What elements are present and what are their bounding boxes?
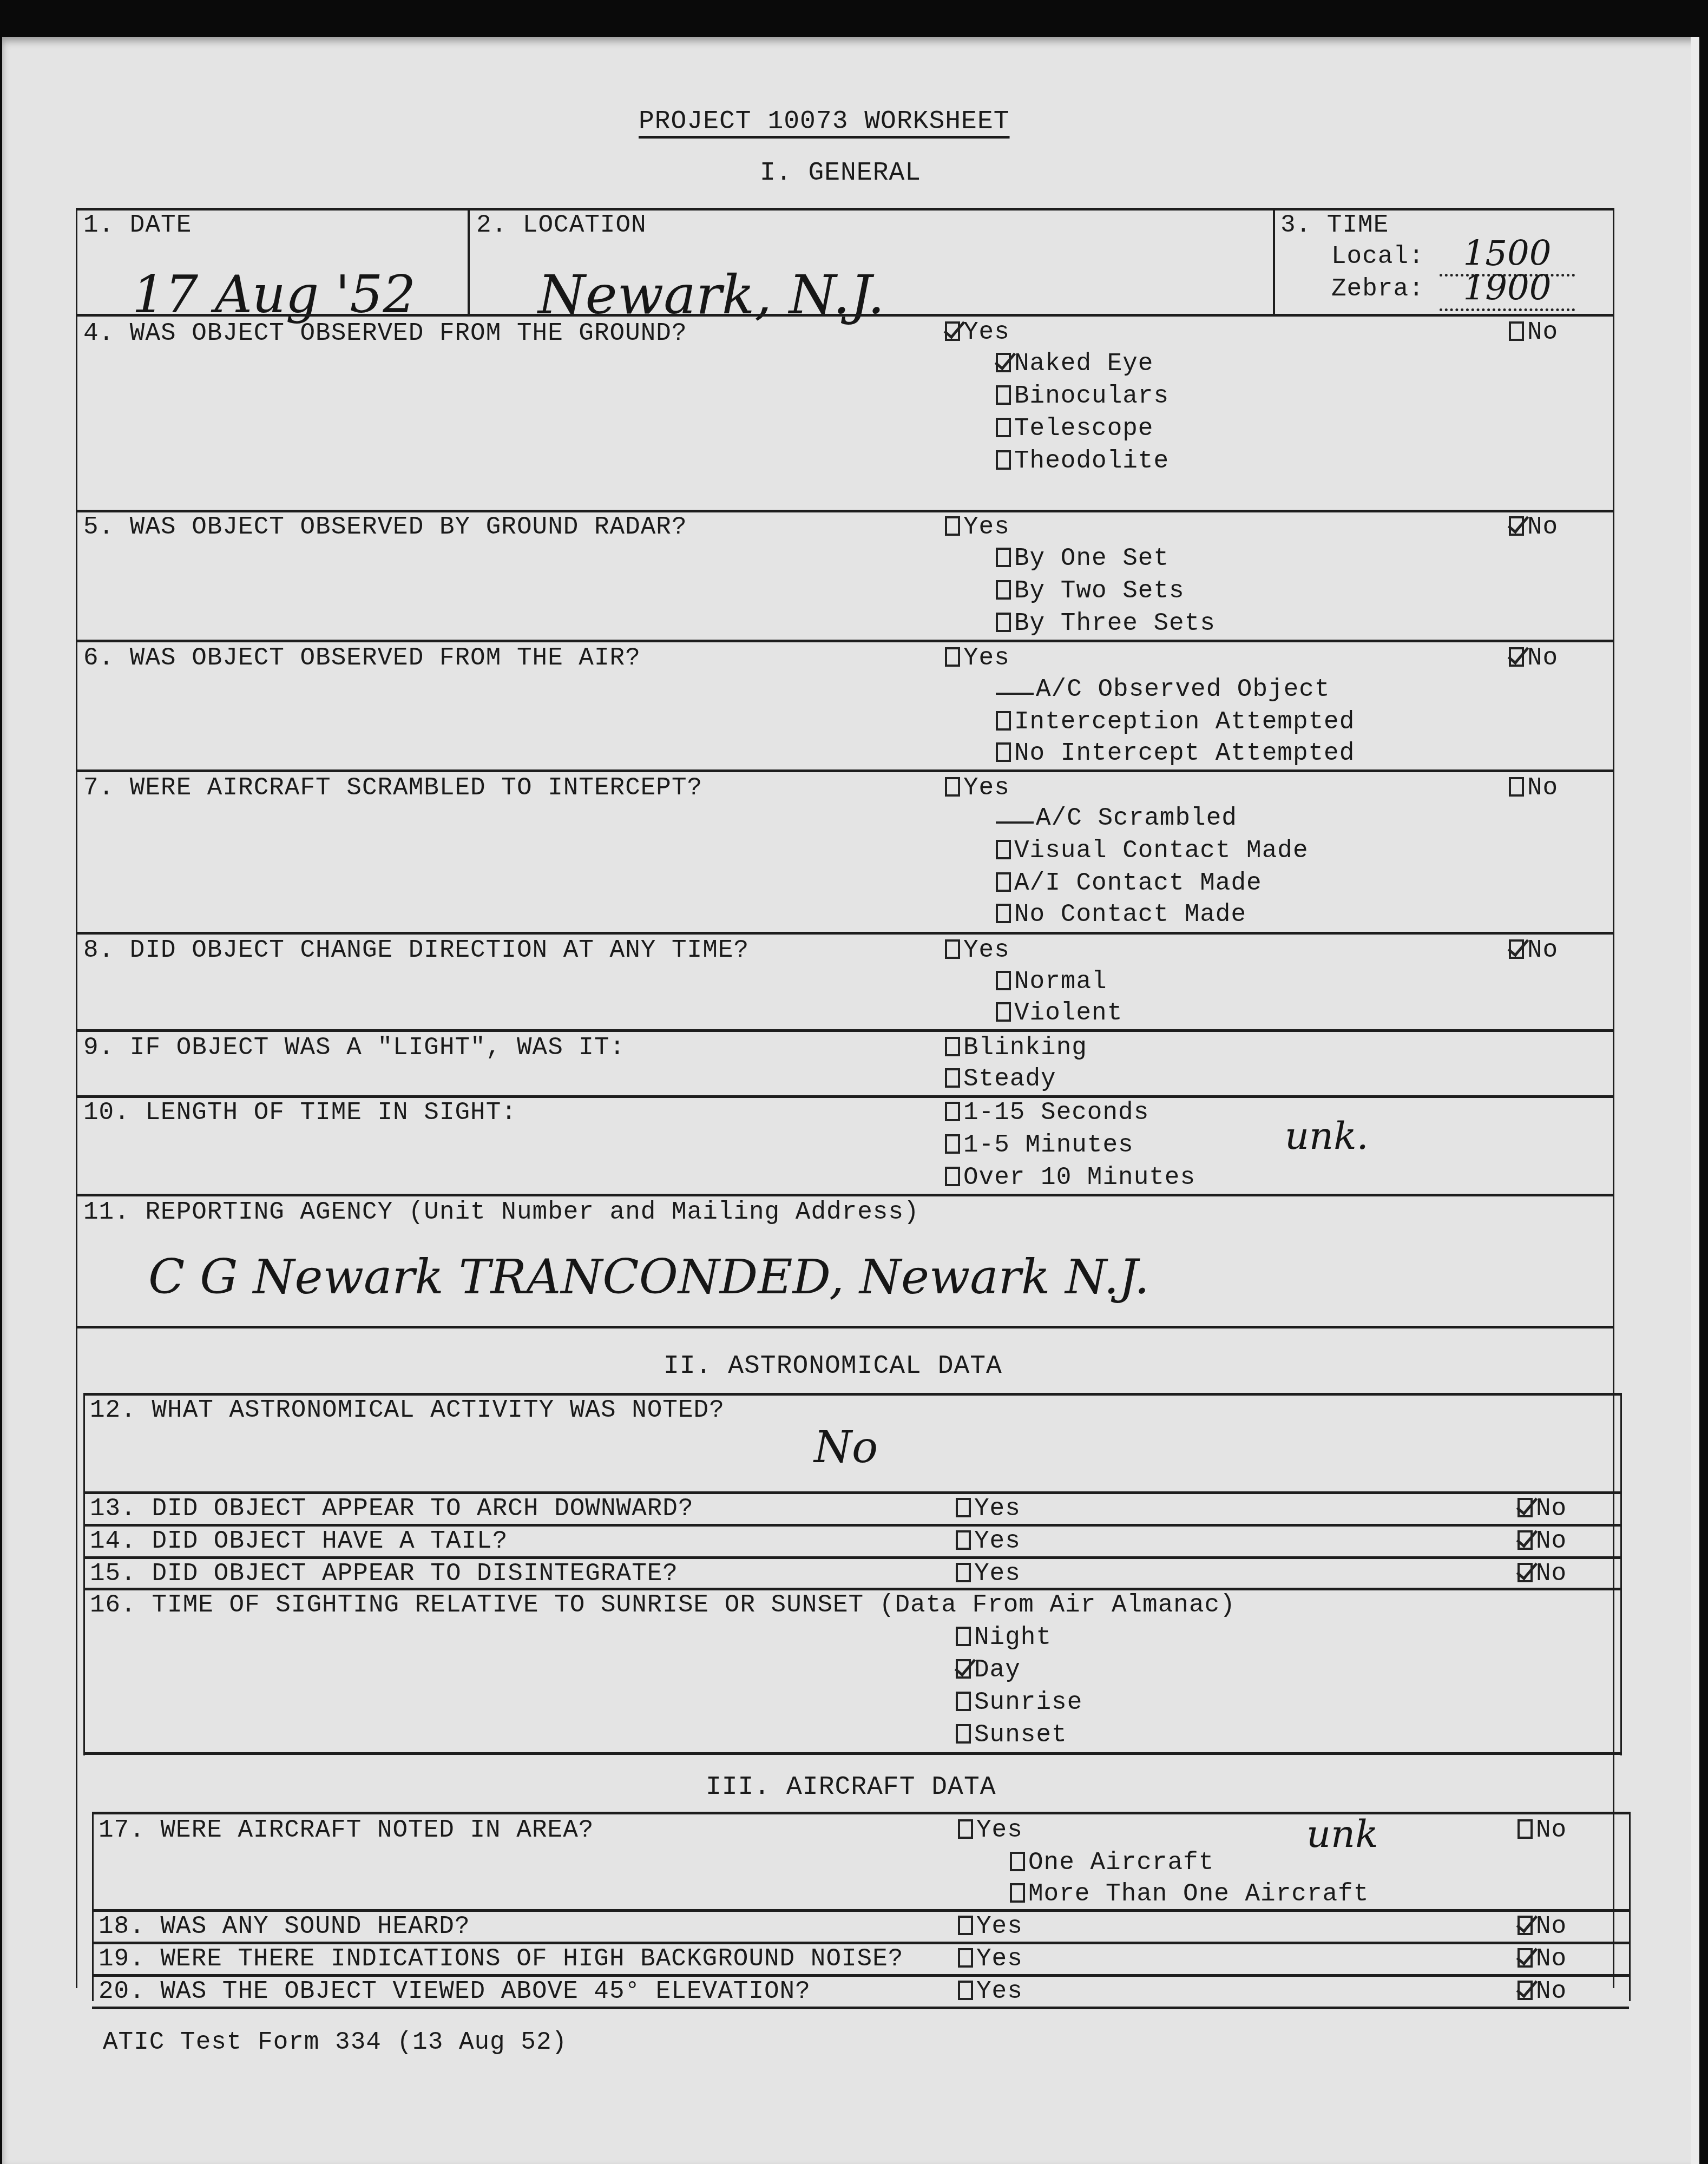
option-label: 1-5 Minutes — [963, 1131, 1134, 1159]
location-field[interactable]: Newark, N.J. — [538, 263, 885, 326]
q13-yes[interactable]: Yes — [956, 1495, 1021, 1523]
q6-no[interactable]: No — [1509, 644, 1558, 672]
yes-label: Yes — [974, 1495, 1021, 1523]
q20-yes[interactable]: Yes — [958, 1977, 1023, 2005]
yes-label: Yes — [963, 318, 1010, 346]
checkbox-icon[interactable] — [996, 418, 1011, 437]
q5-option-two-sets[interactable]: By Two Sets — [996, 577, 1185, 605]
divider — [76, 1194, 1613, 1196]
question-12-text: 12. WHAT ASTRONOMICAL ACTIVITY WAS NOTED… — [90, 1396, 725, 1424]
question-20-text: 20. WAS THE OBJECT VIEWED ABOVE 45° ELEV… — [98, 1977, 811, 2005]
q5-option-one-set[interactable]: By One Set — [996, 544, 1169, 573]
no-label: No — [1536, 1912, 1567, 1941]
option-label: A/I Contact Made — [1014, 869, 1262, 897]
yes-label: Yes — [974, 1560, 1021, 1588]
checkbox-icon[interactable] — [945, 777, 960, 797]
divider — [92, 1942, 1629, 1944]
q18-no[interactable]: No — [1518, 1912, 1567, 1941]
q7-option-no-contact[interactable]: No Contact Made — [996, 900, 1246, 929]
checkbox-icon[interactable] — [956, 1724, 971, 1744]
checkbox-icon[interactable] — [996, 580, 1011, 600]
checkbox-checked-icon[interactable] — [1518, 1530, 1533, 1550]
option-label: Violent — [1014, 999, 1122, 1027]
no-label: No — [1527, 644, 1558, 672]
checkbox-icon[interactable] — [996, 742, 1011, 762]
q14-no[interactable]: No — [1518, 1527, 1567, 1555]
divider — [92, 1812, 1629, 1814]
no-label: No — [1527, 774, 1558, 802]
yes-label: Yes — [963, 936, 1010, 964]
no-label: No — [1527, 513, 1558, 541]
option-label: A/C Observed Object — [1036, 675, 1330, 703]
blank-line[interactable] — [996, 821, 1034, 824]
section-heading-aircraft: III. AIRCRAFT DATA — [706, 1773, 996, 1802]
option-label: One Aircraft — [1028, 1849, 1214, 1877]
divider — [76, 1029, 1613, 1032]
q18-yes[interactable]: Yes — [958, 1912, 1023, 1941]
q8-no[interactable]: No — [1509, 936, 1558, 964]
q5-no[interactable]: No — [1509, 513, 1558, 541]
option-label: Sunrise — [974, 1688, 1082, 1716]
yes-label: Yes — [963, 774, 1010, 802]
divider — [83, 1556, 1620, 1559]
divider — [76, 510, 1613, 512]
no-label: No — [1536, 1977, 1567, 2005]
option-label: Visual Contact Made — [1014, 837, 1309, 865]
checkbox-checked-icon[interactable] — [1518, 1916, 1533, 1935]
yes-label: Yes — [963, 644, 1010, 672]
q4-option-naked-eye[interactable]: Naked Eye — [996, 350, 1153, 378]
question-16-text: 16. TIME OF SIGHTING RELATIVE TO SUNRISE… — [90, 1591, 1236, 1619]
q7-yes[interactable]: Yes — [945, 774, 1010, 802]
q4-yes[interactable]: Yes — [945, 318, 1010, 346]
no-label: No — [1527, 936, 1558, 964]
checkbox-checked-icon[interactable] — [1509, 647, 1524, 667]
yes-label: Yes — [976, 1816, 1023, 1844]
option-label: 1-15 Seconds — [963, 1099, 1149, 1127]
q4-no[interactable]: No — [1509, 318, 1558, 346]
yes-label: Yes — [976, 1945, 1023, 1973]
q6-option-ac-observed[interactable]: A/C Observed Object — [996, 675, 1330, 703]
section-heading-general: I. GENERAL — [760, 159, 921, 188]
q17-handwritten-note: unk — [1306, 1812, 1378, 1856]
checkbox-icon[interactable] — [956, 1692, 971, 1711]
q10-handwritten-note: unk. — [1285, 1114, 1369, 1158]
no-label: No — [1536, 1527, 1567, 1555]
divider — [83, 1393, 1620, 1396]
option-label: Normal — [1014, 968, 1107, 996]
worksheet-page: PROJECT 10073 WORKSHEET I. GENERAL 1. DA… — [2, 37, 1699, 2164]
time-zebra-field[interactable]: 1900 — [1440, 268, 1575, 311]
option-label: By Three Sets — [1014, 609, 1216, 637]
q7-option-ai-contact[interactable]: A/I Contact Made — [996, 869, 1262, 897]
question-7-text: 7. WERE AIRCRAFT SCRAMBLED TO INTERCEPT? — [83, 774, 702, 802]
q6-option-interception-attempted[interactable]: Interception Attempted — [996, 708, 1355, 736]
divider — [92, 2007, 1629, 2009]
q10-option-1-15-seconds[interactable]: 1-15 Seconds — [945, 1099, 1149, 1127]
checkbox-icon[interactable] — [996, 548, 1011, 567]
option-label: Telescope — [1014, 415, 1153, 443]
divider — [76, 640, 1613, 642]
q9-option-steady[interactable]: Steady — [945, 1065, 1056, 1093]
checkbox-icon[interactable] — [996, 904, 1011, 923]
q17-option-one-aircraft[interactable]: One Aircraft — [1010, 1849, 1214, 1877]
yes-label: Yes — [974, 1527, 1021, 1555]
checkbox-icon[interactable] — [996, 840, 1011, 859]
option-label: By One Set — [1014, 544, 1169, 573]
q15-no[interactable]: No — [1518, 1560, 1567, 1588]
q14-yes[interactable]: Yes — [956, 1527, 1021, 1555]
divider — [76, 1095, 1613, 1098]
divider — [92, 1909, 1629, 1912]
divider — [76, 769, 1613, 772]
divider — [83, 1524, 1620, 1527]
location-label: 2. LOCATION — [476, 211, 647, 239]
question-5-text: 5. WAS OBJECT OBSERVED BY GROUND RADAR? — [83, 513, 687, 541]
right-border — [1620, 1393, 1622, 1755]
checkbox-checked-icon[interactable] — [996, 353, 1011, 372]
yes-label: Yes — [976, 1977, 1023, 2005]
question-8-text: 8. DID OBJECT CHANGE DIRECTION AT ANY TI… — [83, 936, 749, 964]
question-18-text: 18. WAS ANY SOUND HEARD? — [98, 1912, 470, 1941]
checkbox-icon[interactable] — [956, 1563, 971, 1582]
yes-label: Yes — [963, 513, 1010, 541]
right-border — [1629, 1812, 1631, 2001]
checkbox-icon[interactable] — [958, 1981, 973, 2000]
checkbox-checked-icon[interactable] — [945, 321, 960, 341]
checkbox-icon[interactable] — [945, 1037, 960, 1056]
q17-option-more-than-one[interactable]: More Than One Aircraft — [1010, 1880, 1369, 1908]
option-label: Theodolite — [1014, 447, 1169, 475]
checkbox-icon[interactable] — [996, 613, 1011, 632]
q5-yes[interactable]: Yes — [945, 513, 1010, 541]
time-local-label: Local: — [1331, 242, 1424, 271]
form-footer: ATIC Test Form 334 (13 Aug 52) — [103, 2028, 567, 2056]
checkbox-icon[interactable] — [996, 385, 1011, 405]
q5-option-three-sets[interactable]: By Three Sets — [996, 609, 1216, 637]
no-label: No — [1536, 1816, 1567, 1844]
astronomical-activity-field[interactable]: No — [814, 1422, 878, 1472]
no-label: No — [1536, 1560, 1567, 1588]
checkbox-checked-icon[interactable] — [1518, 1981, 1533, 2000]
date-label: 1. DATE — [83, 211, 192, 239]
checkbox-icon[interactable] — [945, 1102, 960, 1121]
divider — [1273, 208, 1275, 316]
q4-option-binoculars[interactable]: Binoculars — [996, 382, 1169, 410]
checkbox-checked-icon[interactable] — [1518, 1498, 1533, 1517]
question-14-text: 14. DID OBJECT HAVE A TAIL? — [90, 1527, 508, 1555]
divider — [83, 1588, 1620, 1590]
checkbox-icon[interactable] — [945, 516, 960, 536]
divider — [468, 208, 470, 316]
q16-option-night[interactable]: Night — [956, 1623, 1052, 1652]
checkbox-icon[interactable] — [956, 1530, 971, 1550]
q16-option-day[interactable]: Day — [956, 1656, 1021, 1684]
option-label: Steady — [963, 1065, 1056, 1093]
option-label: Blinking — [963, 1034, 1087, 1062]
checkbox-icon[interactable] — [996, 872, 1011, 892]
checkbox-icon[interactable] — [958, 1916, 973, 1935]
checkbox-icon[interactable] — [956, 1627, 971, 1646]
question-10-text: 10. LENGTH OF TIME IN SIGHT: — [83, 1099, 517, 1127]
q10-option-over-10-minutes[interactable]: Over 10 Minutes — [945, 1163, 1195, 1192]
left-border — [83, 1393, 85, 1755]
no-label: No — [1536, 1495, 1567, 1523]
checkbox-icon[interactable] — [996, 450, 1011, 470]
checkbox-icon[interactable] — [945, 1167, 960, 1186]
section-heading-astronomical: II. ASTRONOMICAL DATA — [664, 1352, 1002, 1381]
option-label: Naked Eye — [1014, 350, 1153, 378]
q6-option-no-intercept[interactable]: No Intercept Attempted — [996, 739, 1355, 767]
checkbox-icon[interactable] — [945, 939, 960, 959]
divider — [76, 314, 1613, 317]
checkbox-checked-icon[interactable] — [1518, 1563, 1533, 1582]
divider — [83, 1491, 1620, 1494]
divider — [92, 1974, 1629, 1977]
checkbox-icon[interactable] — [945, 1068, 960, 1088]
q9-option-blinking[interactable]: Blinking — [945, 1034, 1087, 1062]
q4-option-telescope[interactable]: Telescope — [996, 415, 1153, 443]
checkbox-checked-icon[interactable] — [956, 1659, 971, 1679]
yes-label: Yes — [976, 1912, 1023, 1941]
checkbox-icon[interactable] — [996, 1002, 1011, 1022]
q6-yes[interactable]: Yes — [945, 644, 1010, 672]
q17-yes[interactable]: Yes — [958, 1816, 1023, 1844]
q13-no[interactable]: No — [1518, 1495, 1567, 1523]
checkbox-icon[interactable] — [945, 1134, 960, 1154]
reporting-agency-field[interactable]: C G Newark TRANCONDED, Newark N.J. — [148, 1249, 1149, 1305]
no-label: No — [1527, 318, 1558, 346]
divider — [83, 1752, 1620, 1755]
right-border — [1613, 208, 1614, 1988]
time-label: 3. TIME — [1280, 211, 1389, 239]
question-13-text: 13. DID OBJECT APPEAR TO ARCH DOWNWARD? — [90, 1495, 694, 1523]
question-4-text: 4. WAS OBJECT OBSERVED FROM THE GROUND? — [83, 319, 687, 347]
divider — [76, 932, 1613, 935]
option-label: Binoculars — [1014, 382, 1169, 410]
question-9-text: 9. IF OBJECT WAS A "LIGHT", WAS IT: — [83, 1034, 625, 1062]
q20-no[interactable]: No — [1518, 1977, 1567, 2005]
question-6-text: 6. WAS OBJECT OBSERVED FROM THE AIR? — [83, 644, 641, 672]
checkbox-checked-icon[interactable] — [1509, 939, 1524, 959]
no-label: No — [1536, 1945, 1567, 1973]
option-label: More Than One Aircraft — [1028, 1880, 1369, 1908]
checkbox-icon[interactable] — [956, 1498, 971, 1517]
q8-option-violent[interactable]: Violent — [996, 999, 1122, 1027]
blank-line[interactable] — [996, 693, 1034, 695]
q19-yes[interactable]: Yes — [958, 1945, 1023, 1973]
left-border — [92, 1812, 94, 2001]
q7-option-ac-scrambled[interactable]: A/C Scrambled — [996, 804, 1237, 832]
option-label: Over 10 Minutes — [963, 1163, 1195, 1192]
option-label: No Contact Made — [1014, 900, 1246, 929]
document-title: PROJECT 10073 WORKSHEET — [639, 107, 1010, 136]
divider — [76, 208, 1613, 211]
checkbox-icon[interactable] — [1010, 1852, 1025, 1871]
checkbox-checked-icon[interactable] — [1518, 1948, 1533, 1968]
q8-yes[interactable]: Yes — [945, 936, 1010, 964]
q15-yes[interactable]: Yes — [956, 1560, 1021, 1588]
question-11-text: 11. REPORTING AGENCY (Unit Number and Ma… — [83, 1198, 919, 1226]
option-label: Day — [974, 1656, 1021, 1684]
option-label: Sunset — [974, 1721, 1067, 1749]
checkbox-icon[interactable] — [1010, 1883, 1025, 1903]
q7-no[interactable]: No — [1509, 774, 1558, 802]
time-zebra-label: Zebra: — [1331, 275, 1424, 303]
option-label: A/C Scrambled — [1036, 804, 1237, 832]
option-label: Interception Attempted — [1014, 708, 1355, 736]
checkbox-icon[interactable] — [1509, 321, 1524, 341]
checkbox-icon[interactable] — [996, 711, 1011, 731]
checkbox-icon[interactable] — [1518, 1819, 1533, 1839]
left-border — [76, 208, 77, 1988]
question-19-text: 19. WERE THERE INDICATIONS OF HIGH BACKG… — [98, 1945, 903, 1973]
q4-option-theodolite[interactable]: Theodolite — [996, 447, 1169, 475]
q16-option-sunrise[interactable]: Sunrise — [956, 1688, 1082, 1716]
q7-option-visual-contact[interactable]: Visual Contact Made — [996, 837, 1309, 865]
option-label: Night — [974, 1623, 1052, 1652]
option-label: No Intercept Attempted — [1014, 739, 1355, 767]
question-15-text: 15. DID OBJECT APPEAR TO DISINTEGRATE? — [90, 1560, 678, 1588]
page-edge — [1691, 37, 1699, 2164]
checkbox-icon[interactable] — [996, 971, 1011, 990]
q17-no[interactable]: No — [1518, 1816, 1567, 1844]
checkbox-icon[interactable] — [958, 1948, 973, 1968]
checkbox-icon[interactable] — [945, 647, 960, 667]
checkbox-icon[interactable] — [958, 1819, 973, 1839]
q19-no[interactable]: No — [1518, 1945, 1567, 1973]
q10-option-1-5-minutes[interactable]: 1-5 Minutes — [945, 1131, 1134, 1159]
checkbox-icon[interactable] — [1509, 777, 1524, 797]
question-17-text: 17. WERE AIRCRAFT NOTED IN AREA? — [98, 1816, 594, 1844]
q8-option-normal[interactable]: Normal — [996, 968, 1107, 996]
divider — [76, 1326, 1613, 1328]
q16-option-sunset[interactable]: Sunset — [956, 1721, 1067, 1749]
option-label: By Two Sets — [1014, 577, 1185, 605]
checkbox-checked-icon[interactable] — [1509, 516, 1524, 536]
